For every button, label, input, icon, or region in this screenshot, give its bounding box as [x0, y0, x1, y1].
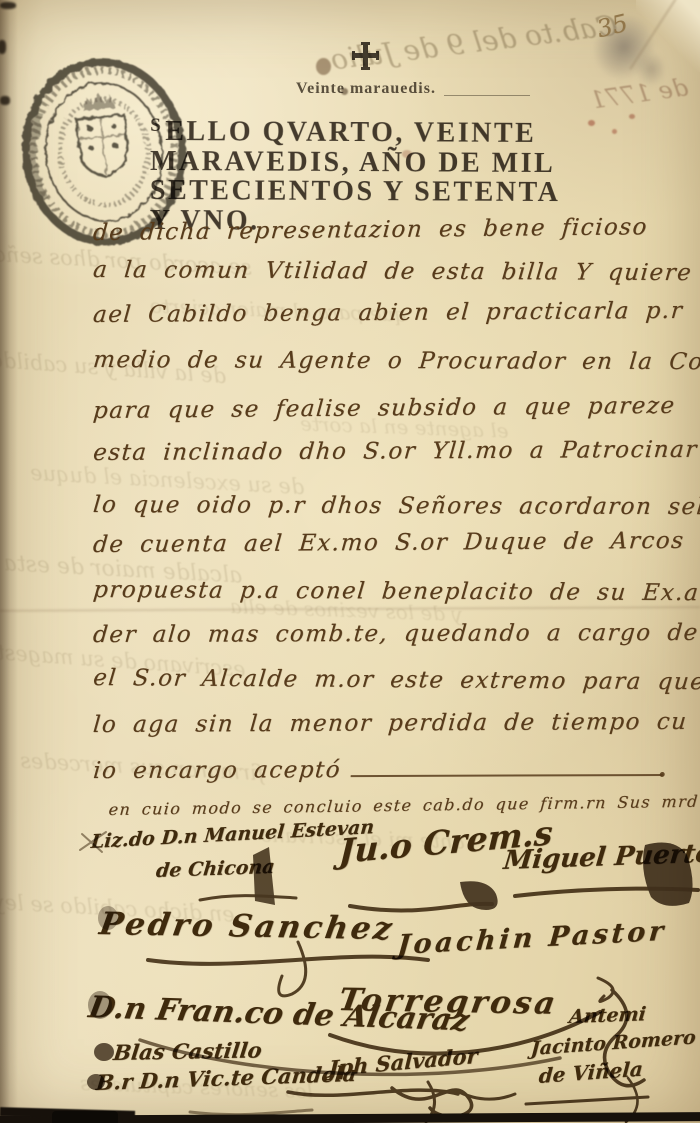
edge-mark: [0, 96, 10, 105]
edge-mark: [0, 40, 6, 54]
page-bottom-edge: [52, 1111, 118, 1123]
binding-edge: [0, 0, 18, 1123]
manuscript-page: Cab.to del 9 de Julio de 1771 se acordo …: [0, 0, 700, 1123]
signature-flourishes: [0, 0, 700, 1123]
edge-mark: [0, 2, 16, 9]
